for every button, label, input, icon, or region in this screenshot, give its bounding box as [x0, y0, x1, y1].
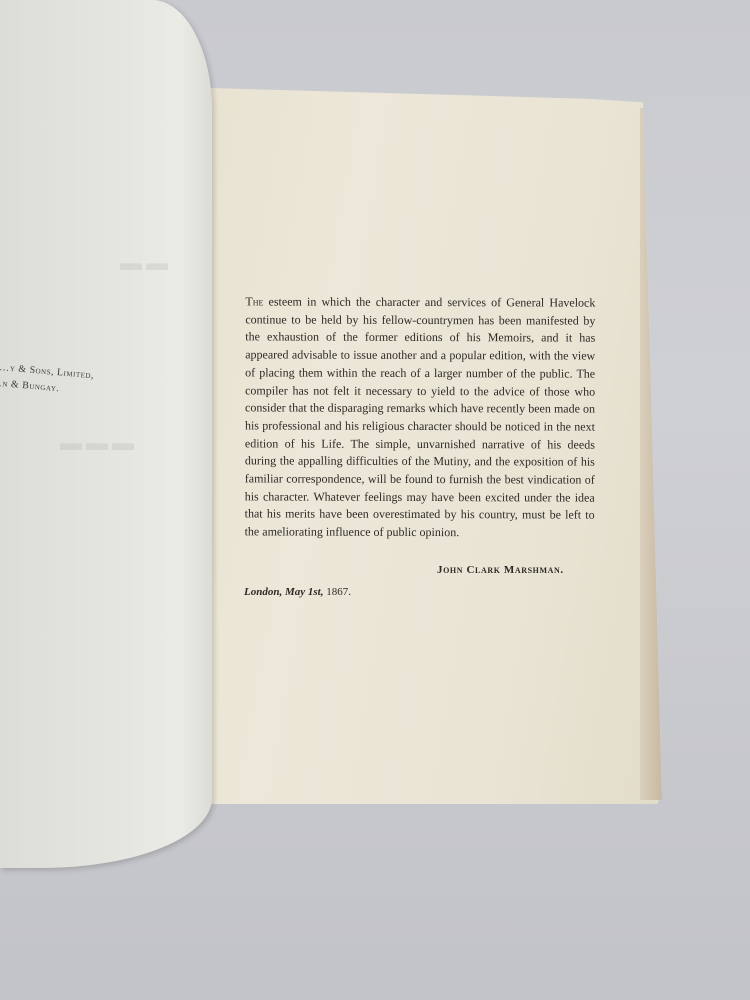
printer-imprint: …y & Sons, Limited, …n & Bungay.	[0, 360, 95, 400]
show-through-text: ▬▬	[120, 250, 172, 276]
page-block-edge	[640, 108, 662, 800]
preface-body: esteem in which the character and servic…	[245, 294, 596, 539]
show-through-text: ▬▬▬	[60, 430, 138, 456]
photo-scene: The esteem in which the character and se…	[0, 0, 750, 1000]
author-signature: John Clark Marshman.	[437, 564, 564, 576]
dateline: London, May 1st, 1867.	[244, 586, 351, 598]
preface-paragraph: The esteem in which the character and se…	[245, 293, 596, 542]
left-page: ▬▬ ▬▬▬ …y & Sons, Limited, …n & Bungay.	[0, 0, 212, 868]
preface-lead-word: The	[245, 294, 263, 308]
dateline-year: 1867.	[326, 586, 351, 598]
dateline-place-date: London, May 1st,	[244, 586, 323, 598]
